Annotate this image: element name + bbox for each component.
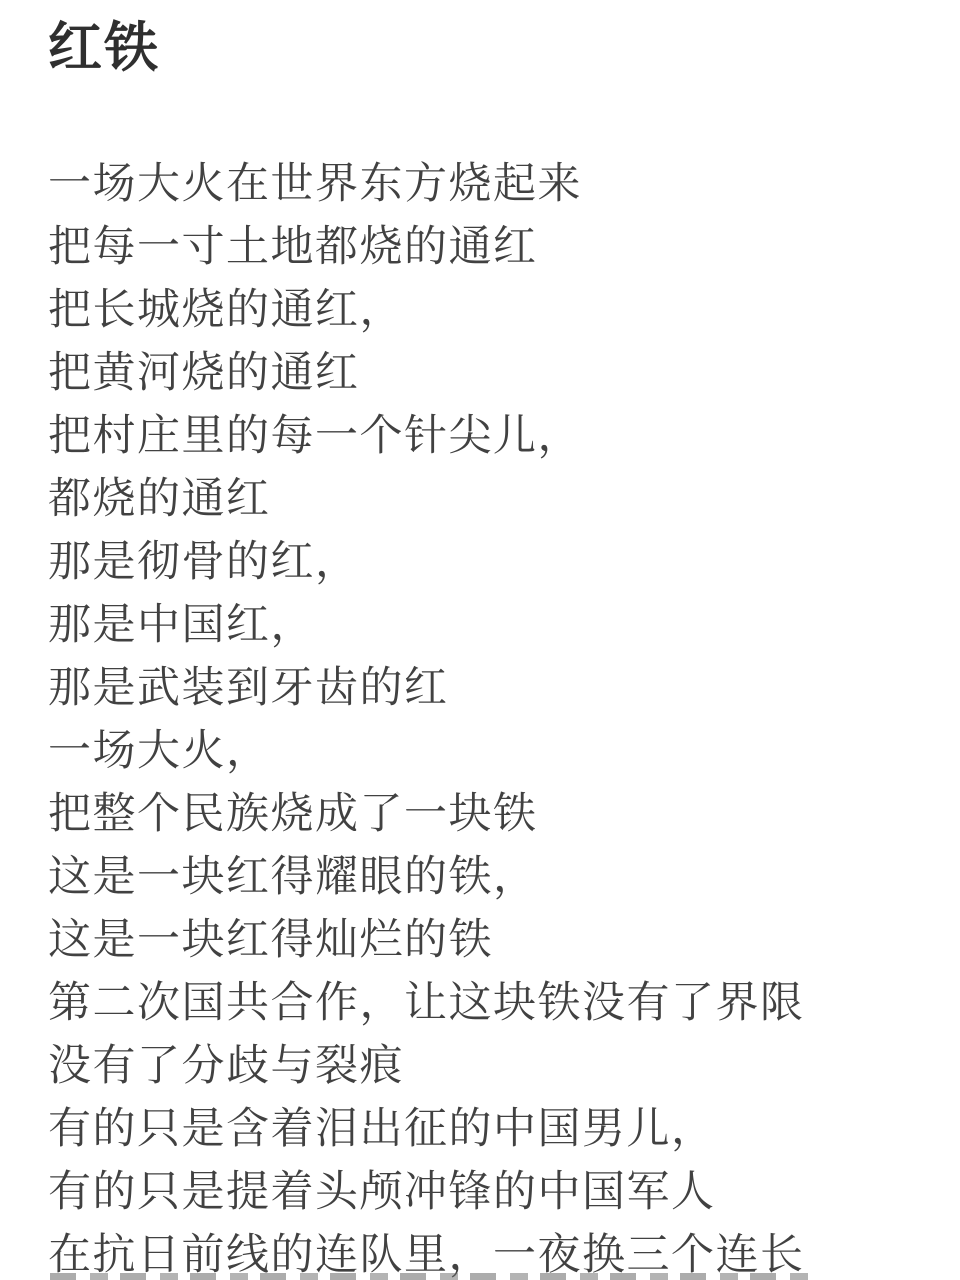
poem-line: 把村庄里的每一个针尖儿， [48, 405, 930, 468]
poem-line: 一场大火， [48, 720, 930, 783]
poem-line: 第二次国共合作，让这块铁没有了界限 [48, 972, 930, 1035]
poem-line: 把长城烧的通红， [48, 279, 930, 342]
poem-line: 那是彻骨的红， [48, 531, 930, 594]
poem-title: 红铁 [0, 0, 960, 81]
poem-line: 一场大火在世界东方烧起来 [48, 153, 930, 216]
poem-line: 那是武装到牙齿的红 [48, 657, 930, 720]
poem-line: 把整个民族烧成了一块铁 [48, 783, 930, 846]
poem-line: 这是一块红得耀眼的铁， [48, 846, 930, 909]
poem-line: 那是中国红， [48, 594, 930, 657]
poem-page: 红铁 一场大火在世界东方烧起来把每一寸土地都烧的通红把长城烧的通红，把黄河烧的通… [0, 0, 960, 1280]
poem-line: 在抗日前线的连队里，一夜换三个连长 [48, 1224, 930, 1280]
poem-line: 把黄河烧的通红 [48, 342, 930, 405]
poem-body: 一场大火在世界东方烧起来把每一寸土地都烧的通红把长城烧的通红，把黄河烧的通红把村… [0, 153, 960, 1280]
poem-line: 把每一寸土地都烧的通红 [48, 216, 930, 279]
poem-line: 有的只是含着泪出征的中国男儿， [48, 1098, 930, 1161]
poem-line: 都烧的通红 [48, 468, 930, 531]
poem-line: 这是一块红得灿烂的铁 [48, 909, 930, 972]
poem-line: 有的只是提着头颅冲锋的中国军人 [48, 1161, 930, 1224]
poem-line: 没有了分歧与裂痕 [48, 1035, 930, 1098]
clipped-next-line-fragment [50, 1273, 810, 1280]
